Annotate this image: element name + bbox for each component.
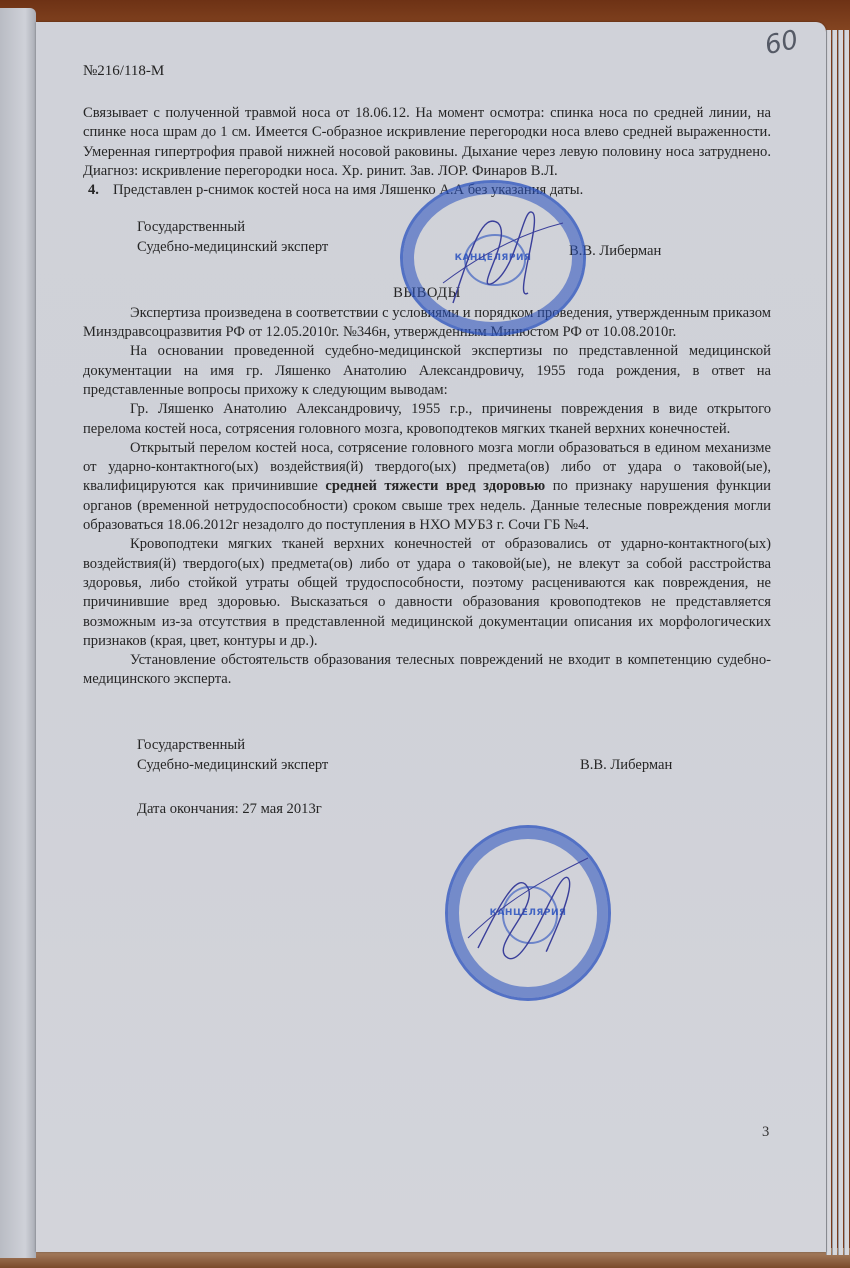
signer-title-line1: Государственный [137, 736, 245, 755]
paragraph: Установление обстоятельств образования т… [83, 651, 771, 690]
document-number: №216/118-М [83, 63, 164, 80]
official-stamp-1: КАНЦЕЛЯРИЯ [400, 180, 586, 336]
signature-block-2: Государственный Судебно-медицинский эксп… [83, 736, 771, 846]
page-number: 3 [762, 1124, 769, 1141]
intro-paragraph: Связывает с полученной травмой носа от 1… [83, 104, 771, 181]
facing-page-edge [0, 8, 36, 1258]
official-stamp-2: КАНЦЕЛЯРИЯ [445, 825, 611, 1001]
end-date: Дата окончания: 27 мая 2013г [137, 800, 322, 819]
list-item-number: 4. [88, 181, 99, 200]
page-stack-edge [826, 30, 831, 1255]
paragraph: Кровоподтеки мягких тканей верхних конеч… [83, 535, 771, 651]
signature-scribble-icon [448, 828, 608, 998]
signer-title-line1: Государственный [137, 218, 245, 237]
paragraph: Гр. Ляшенко Анатолию Александровичу, 195… [83, 400, 771, 439]
page-stack-edge [838, 30, 843, 1255]
signer-title-line2: Судебно-медицинский эксперт [137, 238, 328, 257]
paragraph: На основании проведенной судебно-медицин… [83, 342, 771, 400]
page-stack-edge [832, 30, 837, 1255]
page-stack-edge [844, 30, 849, 1255]
signature-scribble-icon [403, 183, 583, 333]
signer-name: В.В. Либерман [580, 756, 672, 775]
signer-title-line2: Судебно-медицинский эксперт [137, 756, 328, 775]
severity-emphasis: средней тяжести вред здоровью [325, 478, 545, 494]
paragraph-severity: Открытый перелом костей носа, сотрясение… [83, 439, 771, 535]
